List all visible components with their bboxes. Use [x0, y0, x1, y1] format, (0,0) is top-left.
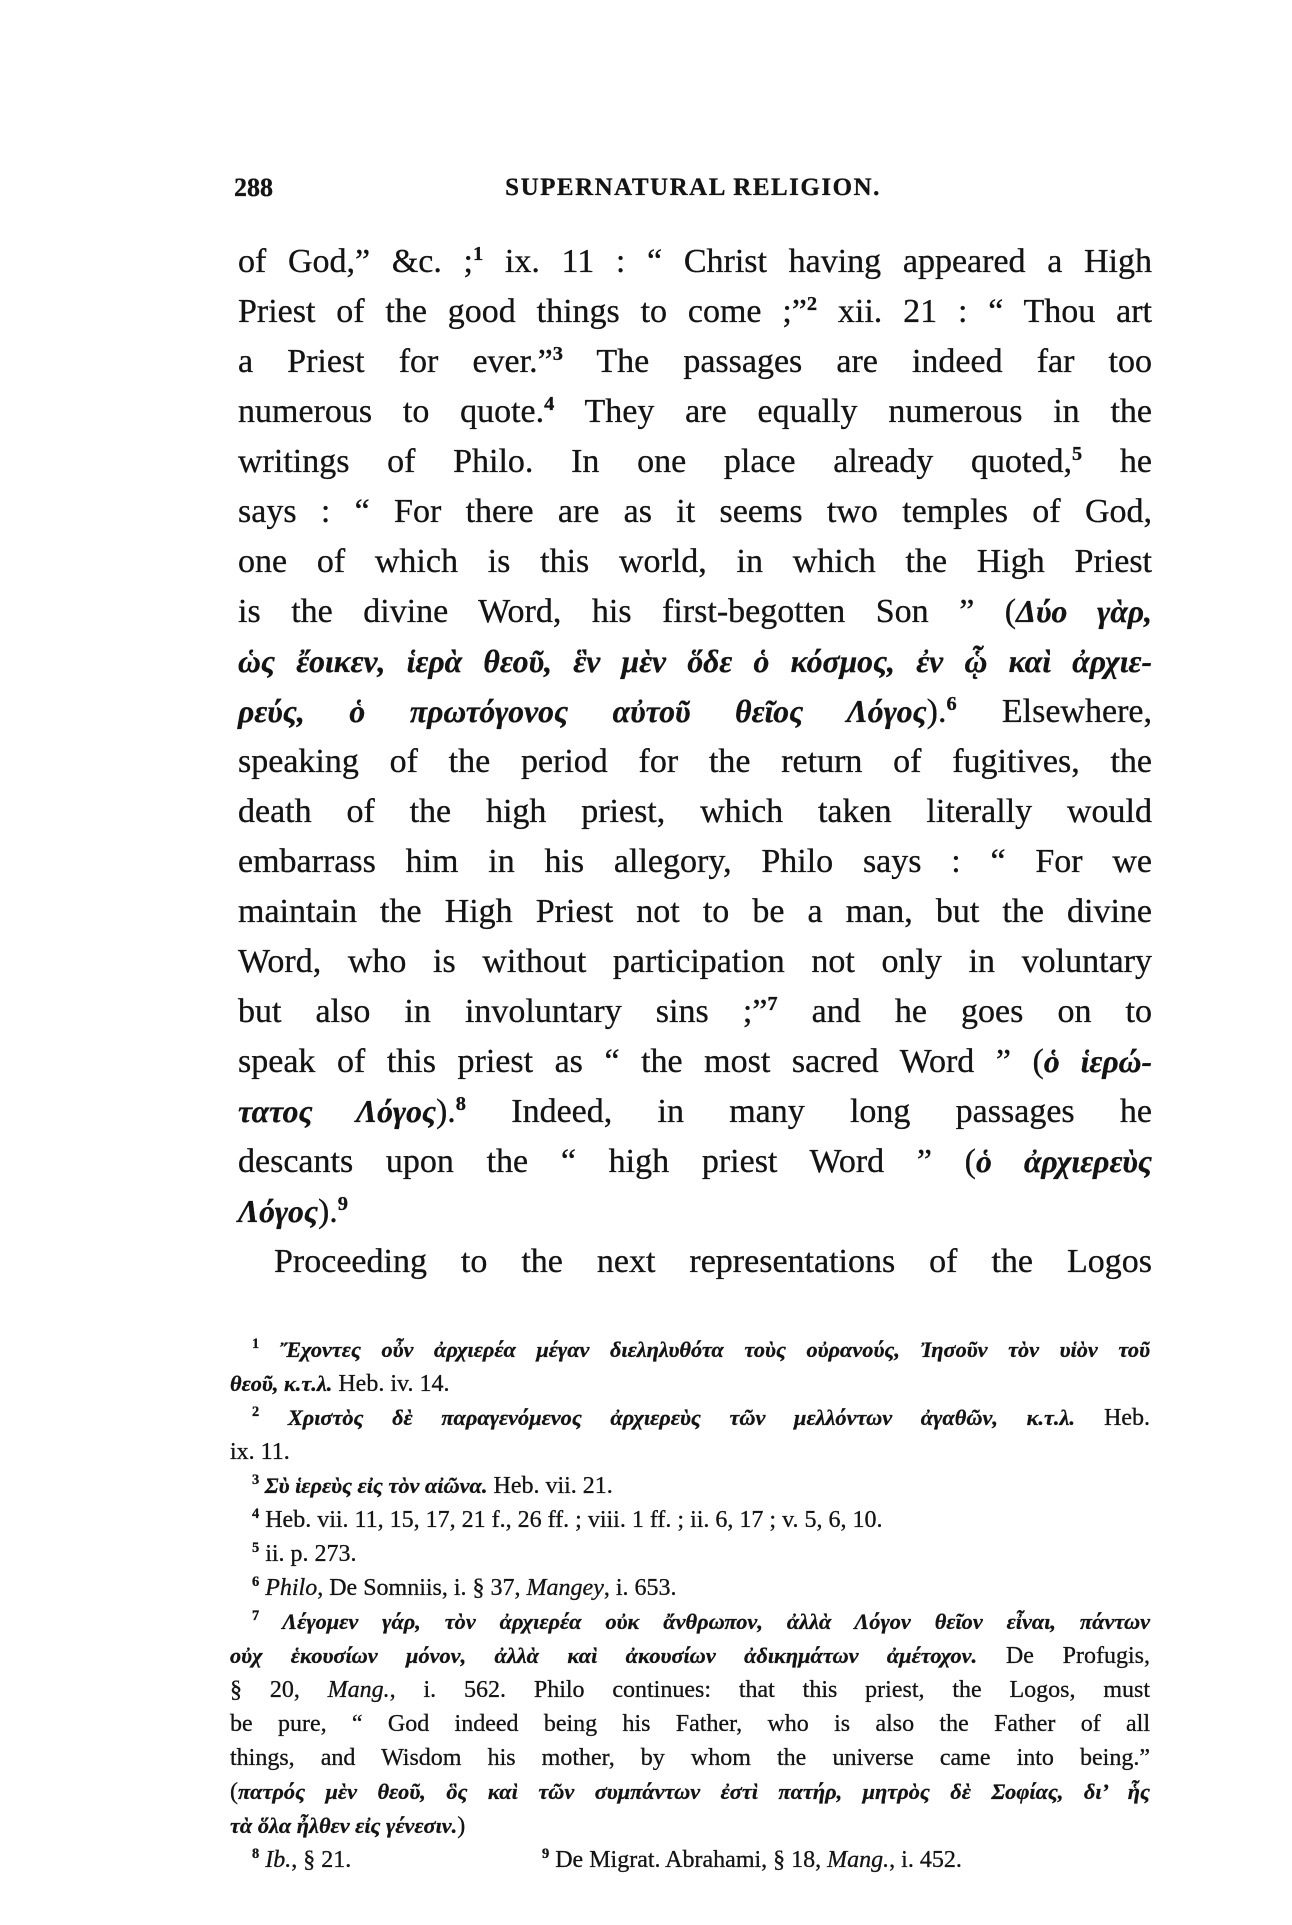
greek-text: τὰ ὅλα ἦλθεν εἰς γένεσιν. [230, 1813, 457, 1838]
text-run: Heb. vii. 21. [487, 1473, 612, 1499]
body-line: death of the high priest, which taken li… [238, 787, 1152, 837]
body-line: Word, who is without participation not o… [238, 937, 1152, 987]
text-run: , De Somniis, i. § 37, [317, 1575, 526, 1601]
text-run: The passages are indeed far too [563, 343, 1152, 380]
footnote-line: (πατρός μὲν θεοῦ, ὃς καὶ τῶν συμπάντων ἐ… [230, 1775, 1150, 1809]
text-run: Indeed, in many long passages he [466, 1093, 1152, 1130]
text-run: Elsewhere, [957, 693, 1152, 730]
footnote-marker: 5 [252, 1540, 259, 1556]
text-run: Word, who is without participation not o… [238, 943, 1152, 980]
text-run: , i. 562. Philo continues: that this pri… [390, 1677, 1150, 1703]
greek-text: τατος Λόγος [238, 1094, 436, 1129]
footnote-reference: 8 [456, 1093, 466, 1115]
footnote-line: τὰ ὅλα ἦλθεν εἰς γένεσιν.) [230, 1809, 1150, 1843]
text-run: death of the high priest, which taken li… [238, 793, 1152, 830]
greek-text: ὁ ἀρχιερεὺς [976, 1144, 1152, 1179]
greek-text: Λόγος [238, 1194, 318, 1229]
footnote-line: 3 Σὺ ἱερεὺς εἰς τὸν αἰῶνα. Heb. vii. 21. [230, 1469, 1150, 1503]
text-run: but also in involuntary sins ;” [238, 993, 767, 1030]
text-run: De Migrat. Abrahami, § 18, [549, 1847, 827, 1873]
body-line: says : “ For there are as it seems two t… [238, 487, 1152, 537]
body-line: is the divine Word, his first-begotten S… [238, 587, 1152, 637]
text-run: maintain the High Priest not to be a man… [238, 893, 1152, 930]
footnote-reference: 2 [807, 293, 817, 315]
body-line: descants upon the “ high priest Word ” (… [238, 1137, 1152, 1187]
footnote-line: οὐχ ἑκουσίων μόνον, ἀλλὰ καὶ ἀκουσίων ἀδ… [230, 1639, 1150, 1673]
body-line: τατος Λόγος).8 Indeed, in many long pass… [238, 1087, 1152, 1137]
greek-text: Χριστὸς δὲ παραγενόμενος ἀρχιερεὺς τῶν μ… [259, 1405, 1075, 1430]
footnote-line: 5 ii. p. 273. [230, 1537, 1150, 1571]
footnote-line: 8 Ib., § 21.9 De Migrat. Abrahami, § 18,… [230, 1843, 1150, 1877]
text-run: descants upon the “ high priest Word ” ( [238, 1143, 976, 1180]
footnotes: 1 Ἔχοντες οὖν ἀρχιερέα μέγαν διεληλυθότα… [230, 1333, 1150, 1877]
text-run: ix. 11. [230, 1439, 290, 1465]
footnote-line: 4 Heb. vii. 11, 15, 17, 21 f., 26 ff. ; … [230, 1503, 1150, 1537]
running-title: SUPERNATURAL RELIGION. [234, 170, 1152, 206]
text-run: Proceeding to the next representations o… [274, 1243, 1152, 1280]
footnote-reference: 6 [946, 693, 956, 715]
footnote-line: 2 Χριστὸς δὲ παραγενόμενος ἀρχιερεὺς τῶν… [230, 1401, 1150, 1435]
footnote-reference: 4 [544, 393, 554, 415]
body-line: Priest of the good things to come ;”2 xi… [238, 287, 1152, 337]
footnote-line: 6 Philo, De Somniis, i. § 37, Mangey, i.… [230, 1571, 1150, 1605]
text-run: a Priest for ever.” [238, 343, 553, 380]
book-page: 288 SUPERNATURAL RELIGION. of God,” &c. … [0, 0, 1292, 1925]
footnote-line: ix. 11. [230, 1435, 1150, 1469]
body-line: Proceeding to the next representations o… [238, 1237, 1152, 1287]
text-run: They are equally numerous in the [554, 393, 1152, 430]
text-run: embarrass him in his allegory, Philo say… [238, 843, 1152, 880]
body-line: speak of this priest as “ the most sacre… [238, 1037, 1152, 1087]
text-run: , i. 653. [604, 1575, 677, 1601]
text-run: § 20, [230, 1677, 328, 1703]
footnote-line: 1 Ἔχοντες οὖν ἀρχιερέα μέγαν διεληλυθότα… [230, 1333, 1150, 1367]
footnote-line: § 20, Mang., i. 562. Philo continues: th… [230, 1673, 1150, 1707]
text-run: ix. 11 : “ Christ having appeared a High [483, 243, 1152, 280]
body-line: writings of Philo. In one place already … [238, 437, 1152, 487]
text-run: , i. 452. [889, 1847, 962, 1873]
main-text: of God,” &c. ;1 ix. 11 : “ Christ having… [238, 237, 1152, 1287]
footnote-line: 7 Λέγομεν γάρ, τὸν ἀρχιερέα οὐκ ἄνθρωπον… [230, 1605, 1150, 1639]
text-run: writings of Philo. In one place already … [238, 443, 1072, 480]
italic-text: Mang. [827, 1847, 889, 1873]
greek-text: ὁ ἱερώ- [1044, 1044, 1152, 1079]
text-run: Priest of the good things to come ;” [238, 293, 807, 330]
greek-text: Σὺ ἱερεὺς εἰς τὸν αἰῶνα. [259, 1473, 487, 1498]
body-line: numerous to quote.4 They are equally num… [238, 387, 1152, 437]
footnote-reference: 5 [1072, 443, 1082, 465]
footnote-marker: 2 [252, 1404, 259, 1420]
footnote-column: 8 Ib., § 21. [252, 1843, 542, 1877]
body-line: Λόγος).9 [238, 1187, 1152, 1237]
footnote-line: be pure, “ God indeed being his Father, … [230, 1707, 1150, 1741]
footnote-marker: 9 [542, 1846, 549, 1862]
body-line: speaking of the period for the return of… [238, 737, 1152, 787]
text-run: and he goes on to [778, 993, 1152, 1030]
italic-text: Ib. [265, 1847, 291, 1873]
footnote-marker: 7 [252, 1608, 259, 1624]
greek-text: Ἔχοντες οὖν ἀρχιερέα μέγαν διεληλυθότα τ… [259, 1337, 1150, 1362]
text-run: xii. 21 : “ Thou art [817, 293, 1152, 330]
body-line: but also in involuntary sins ;”7 and he … [238, 987, 1152, 1037]
footnote-reference: 7 [767, 993, 777, 1015]
text-run: ). [927, 693, 947, 730]
text-run: of God,” &c. ; [238, 243, 473, 280]
body-line: embarrass him in his allegory, Philo say… [238, 837, 1152, 887]
greek-text: πατρός μὲν θεοῦ, ὃς καὶ τῶν συμπάντων ἐσ… [238, 1779, 1150, 1804]
footnote-reference: 9 [338, 1193, 348, 1215]
text-run: , § 21. [291, 1847, 351, 1873]
text-run: numerous to quote. [238, 393, 544, 430]
greek-text: ρεύς, ὁ πρωτόγονος αὐτοῦ θεῖος Λόγος [238, 694, 927, 729]
text-run: he [1082, 443, 1152, 480]
text-run: speak of this priest as “ the most sacre… [238, 1043, 1044, 1080]
italic-text: Mang. [328, 1677, 390, 1703]
text-run: ). [436, 1093, 456, 1130]
text-run: ). [318, 1193, 338, 1230]
body-line: maintain the High Priest not to be a man… [238, 887, 1152, 937]
greek-text: ὡς ἔοικεν, ἱερὰ θεοῦ, ἓν μὲν ὅδε ὁ κόσμο… [238, 644, 1152, 679]
italic-text: Mangey [527, 1575, 604, 1601]
footnote-marker: 6 [252, 1574, 259, 1590]
italic-text: Philo [265, 1575, 317, 1601]
greek-text: Δύο γὰρ, [1016, 594, 1152, 629]
text-run: one of which is this world, in which the… [238, 543, 1152, 580]
footnote-line: θεοῦ, κ.τ.λ. Heb. iv. 14. [230, 1367, 1150, 1401]
greek-text: θεοῦ, κ.τ.λ. [230, 1371, 332, 1396]
body-line: ὡς ἔοικεν, ἱερὰ θεοῦ, ἓν μὲν ὅδε ὁ κόσμο… [238, 637, 1152, 687]
footnote-reference: 3 [553, 343, 563, 365]
text-run: ) [457, 1813, 465, 1839]
greek-text: οὐχ ἑκουσίων μόνον, ἀλλὰ καὶ ἀκουσίων ἀδ… [230, 1643, 977, 1668]
text-run: is the divine Word, his first-begotten S… [238, 593, 1016, 630]
footnote-reference: 1 [473, 243, 483, 265]
text-run: things, and Wisdom his mother, by whom t… [230, 1745, 1150, 1771]
text-run: Heb. vii. 11, 15, 17, 21 f., 26 ff. ; vi… [259, 1507, 882, 1533]
text-run: De Profugis, [977, 1643, 1150, 1669]
footnote-column: 9 De Migrat. Abrahami, § 18, Mang., i. 4… [542, 1843, 962, 1877]
text-run: says : “ For there are as it seems two t… [238, 493, 1152, 530]
running-header: 288 SUPERNATURAL RELIGION. [234, 170, 1152, 206]
text-run: Heb. iv. 14. [332, 1371, 449, 1397]
footnote-marker: 3 [252, 1472, 259, 1488]
greek-text: Λέγομεν γάρ, τὸν ἀρχιερέα οὐκ ἄνθρωπον, … [259, 1609, 1150, 1634]
body-line: one of which is this world, in which the… [238, 537, 1152, 587]
text-run: ii. p. 273. [259, 1541, 356, 1567]
footnote-line: things, and Wisdom his mother, by whom t… [230, 1741, 1150, 1775]
footnote-marker: 1 [252, 1336, 259, 1352]
text-run: speaking of the period for the return of… [238, 743, 1152, 780]
footnote-marker: 4 [252, 1506, 259, 1522]
text-run: Heb. [1075, 1405, 1150, 1431]
footnote-marker: 8 [252, 1846, 259, 1862]
text-run: be pure, “ God indeed being his Father, … [230, 1711, 1150, 1737]
body-line: ρεύς, ὁ πρωτόγονος αὐτοῦ θεῖος Λόγος).6 … [238, 687, 1152, 737]
body-line: a Priest for ever.”3 The passages are in… [238, 337, 1152, 387]
body-line: of God,” &c. ;1 ix. 11 : “ Christ having… [238, 237, 1152, 287]
text-run: ( [230, 1779, 238, 1805]
